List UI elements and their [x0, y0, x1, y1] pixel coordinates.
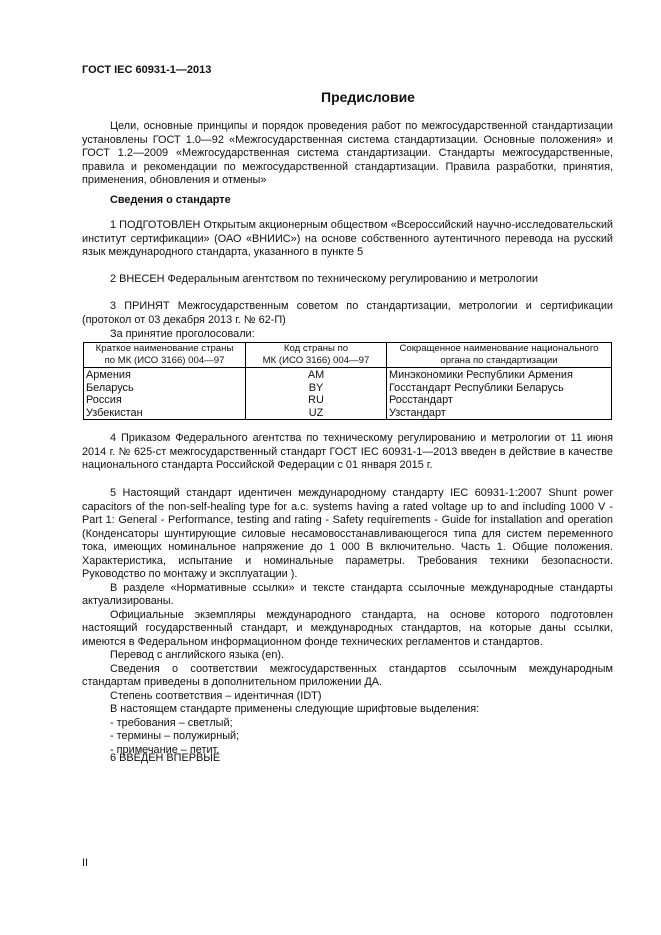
page-title: Предисловие: [0, 89, 661, 105]
country-code: BY: [246, 382, 387, 395]
vote-table: Краткое наименование страныпо МК (ИСО 31…: [83, 342, 612, 420]
item-5-official-copies: Официальные экземпляры международного ст…: [82, 609, 613, 650]
header-standards-body: Сокращенное наименование национальногоор…: [387, 343, 612, 368]
vote-label: За принятие проголосовали:: [82, 328, 641, 342]
header-country-name: Краткое наименование страныпо МК (ИСО 31…: [84, 343, 246, 368]
item-3-adopted: 3 ПРИНЯТ Межгосударственным советом по с…: [82, 300, 613, 327]
item-5-degree: Степень соответствия – идентичная (IDT): [82, 690, 613, 704]
table-row: Россия RU Росстандарт: [84, 394, 612, 407]
item-5-group: 5 Настоящий стандарт идентичен междунаро…: [82, 487, 613, 757]
item-5-translation: Перевод с английского языка (en).: [82, 649, 613, 663]
item-6-first-introduced: 6 ВВЕДЕН ВПЕРВЫЕ: [82, 752, 641, 766]
standards-body: Госстандарт Республики Беларусь: [387, 382, 612, 395]
item-5-references: В разделе «Нормативные ссылки» и тексте …: [82, 582, 613, 609]
country-code: RU: [246, 394, 387, 407]
document-page: ГОСТ IEC 60931-1—2013 Предисловие Цели, …: [0, 0, 661, 935]
country-name: Узбекистан: [84, 407, 246, 420]
intro-paragraph: Цели, основные принципы и порядок провед…: [82, 120, 613, 188]
item-5-conformity-info: Сведения о соответствии межгосударственн…: [82, 663, 613, 690]
item-4-order: 4 Приказом Федерального агентства по тех…: [82, 432, 613, 473]
item-1-prepared: 1 ПОДГОТОВЛЕН Открытым акционерным общес…: [82, 219, 613, 260]
section-heading: Сведения о стандарте: [82, 194, 641, 208]
country-code: AM: [246, 368, 387, 382]
standards-body: Узстандарт: [387, 407, 612, 420]
item-5-identity: 5 Настоящий стандарт идентичен междунаро…: [82, 487, 613, 582]
item-2-introduced: 2 ВНЕСЕН Федеральным агентством по техни…: [82, 273, 613, 287]
page-number: II: [82, 857, 88, 869]
table-header-row: Краткое наименование страныпо МК (ИСО 31…: [84, 343, 612, 368]
item-5-font-usage: В настоящем стандарте применены следующи…: [82, 703, 613, 717]
font-list-item: - требования – светлый;: [82, 717, 613, 731]
country-name: Армения: [84, 368, 246, 382]
country-name: Беларусь: [84, 382, 246, 395]
document-code: ГОСТ IEC 60931-1—2013: [82, 64, 211, 76]
table-row: Узбекистан UZ Узстандарт: [84, 407, 612, 420]
standards-body: Минэкономики Республики Армения: [387, 368, 612, 382]
standards-body: Росстандарт: [387, 394, 612, 407]
font-list-item: - термины – полужирный;: [82, 730, 613, 744]
country-code: UZ: [246, 407, 387, 420]
header-country-code: Код страны поМК (ИСО 3166) 004—97: [246, 343, 387, 368]
country-name: Россия: [84, 394, 246, 407]
table-row: Армения AM Минэкономики Республики Армен…: [84, 368, 612, 382]
table-row: Беларусь BY Госстандарт Республики Белар…: [84, 382, 612, 395]
